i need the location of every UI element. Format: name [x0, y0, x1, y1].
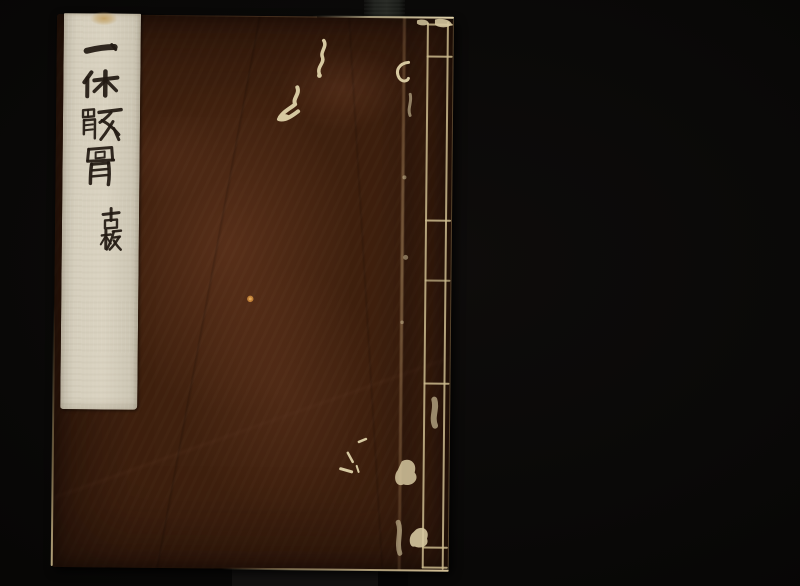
- title-calligraphy: [60, 13, 141, 410]
- title-label: 一休骸骨 古板: [60, 13, 141, 410]
- book-cover: 一休骸骨 古板: [52, 14, 454, 571]
- photograph: 一休骸骨 古板: [0, 0, 800, 586]
